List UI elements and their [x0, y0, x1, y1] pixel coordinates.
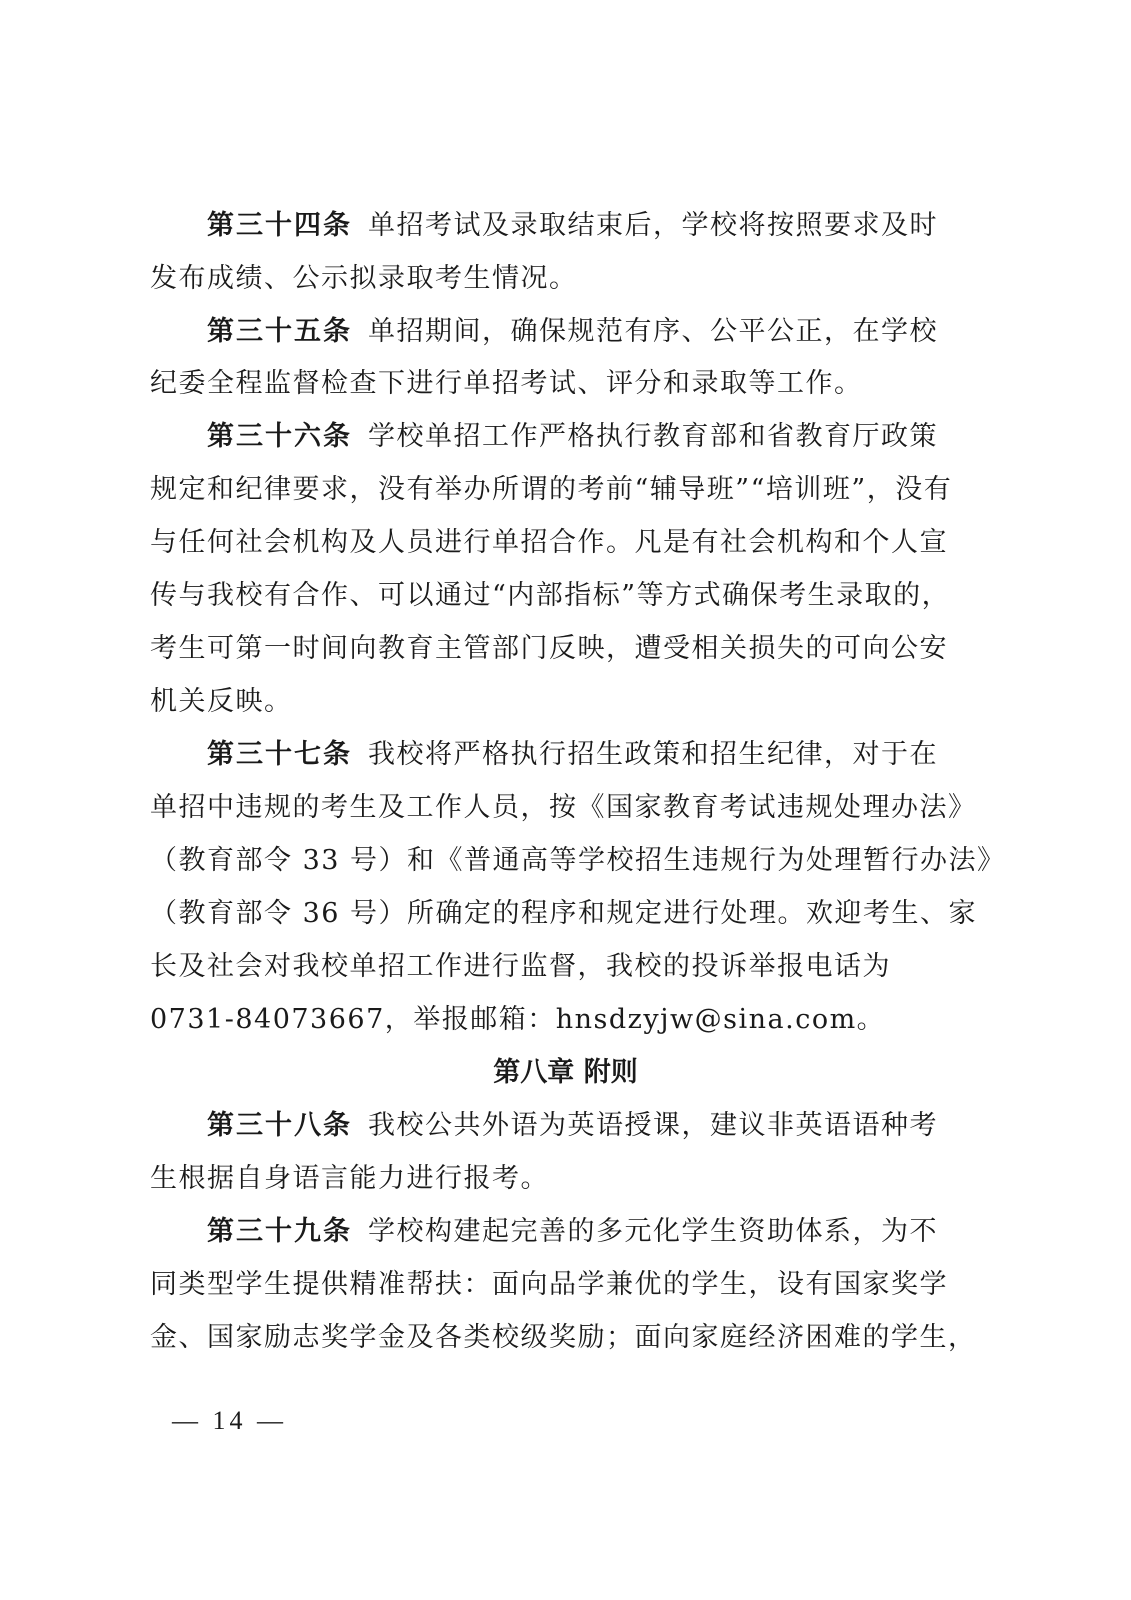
article-heading: 第三十七条	[207, 739, 352, 770]
article-38-line-2: 生根据自身语言能力进行报考。	[150, 1161, 980, 1197]
article-34-line-2: 发布成绩、公示拟录取考生情况。	[150, 261, 980, 297]
document-page: 第三十四条单招考试及录取结束后，学校将按照要求及时 发布成绩、公示拟录取考生情况…	[0, 0, 1131, 1600]
article-37-line-5: 长及社会对我校单招工作进行监督，我校的投诉举报电话为	[150, 949, 980, 985]
article-39-line-3: 金、国家励志奖学金及各类校级奖励；面向家庭经济困难的学生，	[150, 1320, 980, 1356]
article-37-line-1: 第三十七条我校将严格执行招生政策和招生纪律，对于在	[207, 737, 980, 773]
article-38-line-1: 第三十八条我校公共外语为英语授课，建议非英语语种考	[207, 1108, 980, 1144]
article-heading: 第三十九条	[207, 1216, 352, 1247]
article-36-line-3: 与任何社会机构及人员进行单招合作。凡是有社会机构和个人宣	[150, 525, 980, 561]
chapter-title: 第八章 附则	[0, 1055, 1131, 1091]
article-37-line-2: 单招中违规的考生及工作人员，按《国家教育考试违规处理办法》	[150, 790, 980, 826]
article-36-line-5: 考生可第一时间向教育主管部门反映，遭受相关损失的可向公安	[150, 631, 980, 667]
article-heading: 第三十五条	[207, 316, 352, 347]
page-number: — 14 —	[172, 1406, 287, 1436]
article-37-line-3: （教育部令 33 号）和《普通高等学校招生违规行为处理暂行办法》	[150, 843, 980, 879]
article-36-line-2: 规定和纪律要求，没有举办所谓的考前“辅导班”“培训班”，没有	[150, 472, 980, 508]
article-36-line-1: 第三十六条学校单招工作严格执行教育部和省教育厅政策	[207, 419, 980, 455]
article-heading: 第三十八条	[207, 1110, 352, 1141]
article-39-line-2: 同类型学生提供精准帮扶：面向品学兼优的学生，设有国家奖学	[150, 1267, 980, 1303]
article-36-line-4: 传与我校有合作、可以通过“内部指标”等方式确保考生录取的，	[150, 578, 980, 614]
article-36-line-6: 机关反映。	[150, 684, 980, 720]
article-39-line-1: 第三十九条学校构建起完善的多元化学生资助体系，为不	[207, 1214, 980, 1250]
article-heading: 第三十六条	[207, 421, 352, 452]
article-37-line-6: 0731-84073667，举报邮箱：hnsdzyjw@sina.com。	[150, 1002, 980, 1038]
article-37-line-4: （教育部令 36 号）所确定的程序和规定进行处理。欢迎考生、家	[150, 896, 980, 932]
article-35-line-1: 第三十五条单招期间，确保规范有序、公平公正，在学校	[207, 314, 980, 350]
article-35-line-2: 纪委全程监督检查下进行单招考试、评分和录取等工作。	[150, 366, 980, 402]
article-heading: 第三十四条	[207, 210, 352, 241]
article-34-line-1: 第三十四条单招考试及录取结束后，学校将按照要求及时	[207, 208, 980, 244]
